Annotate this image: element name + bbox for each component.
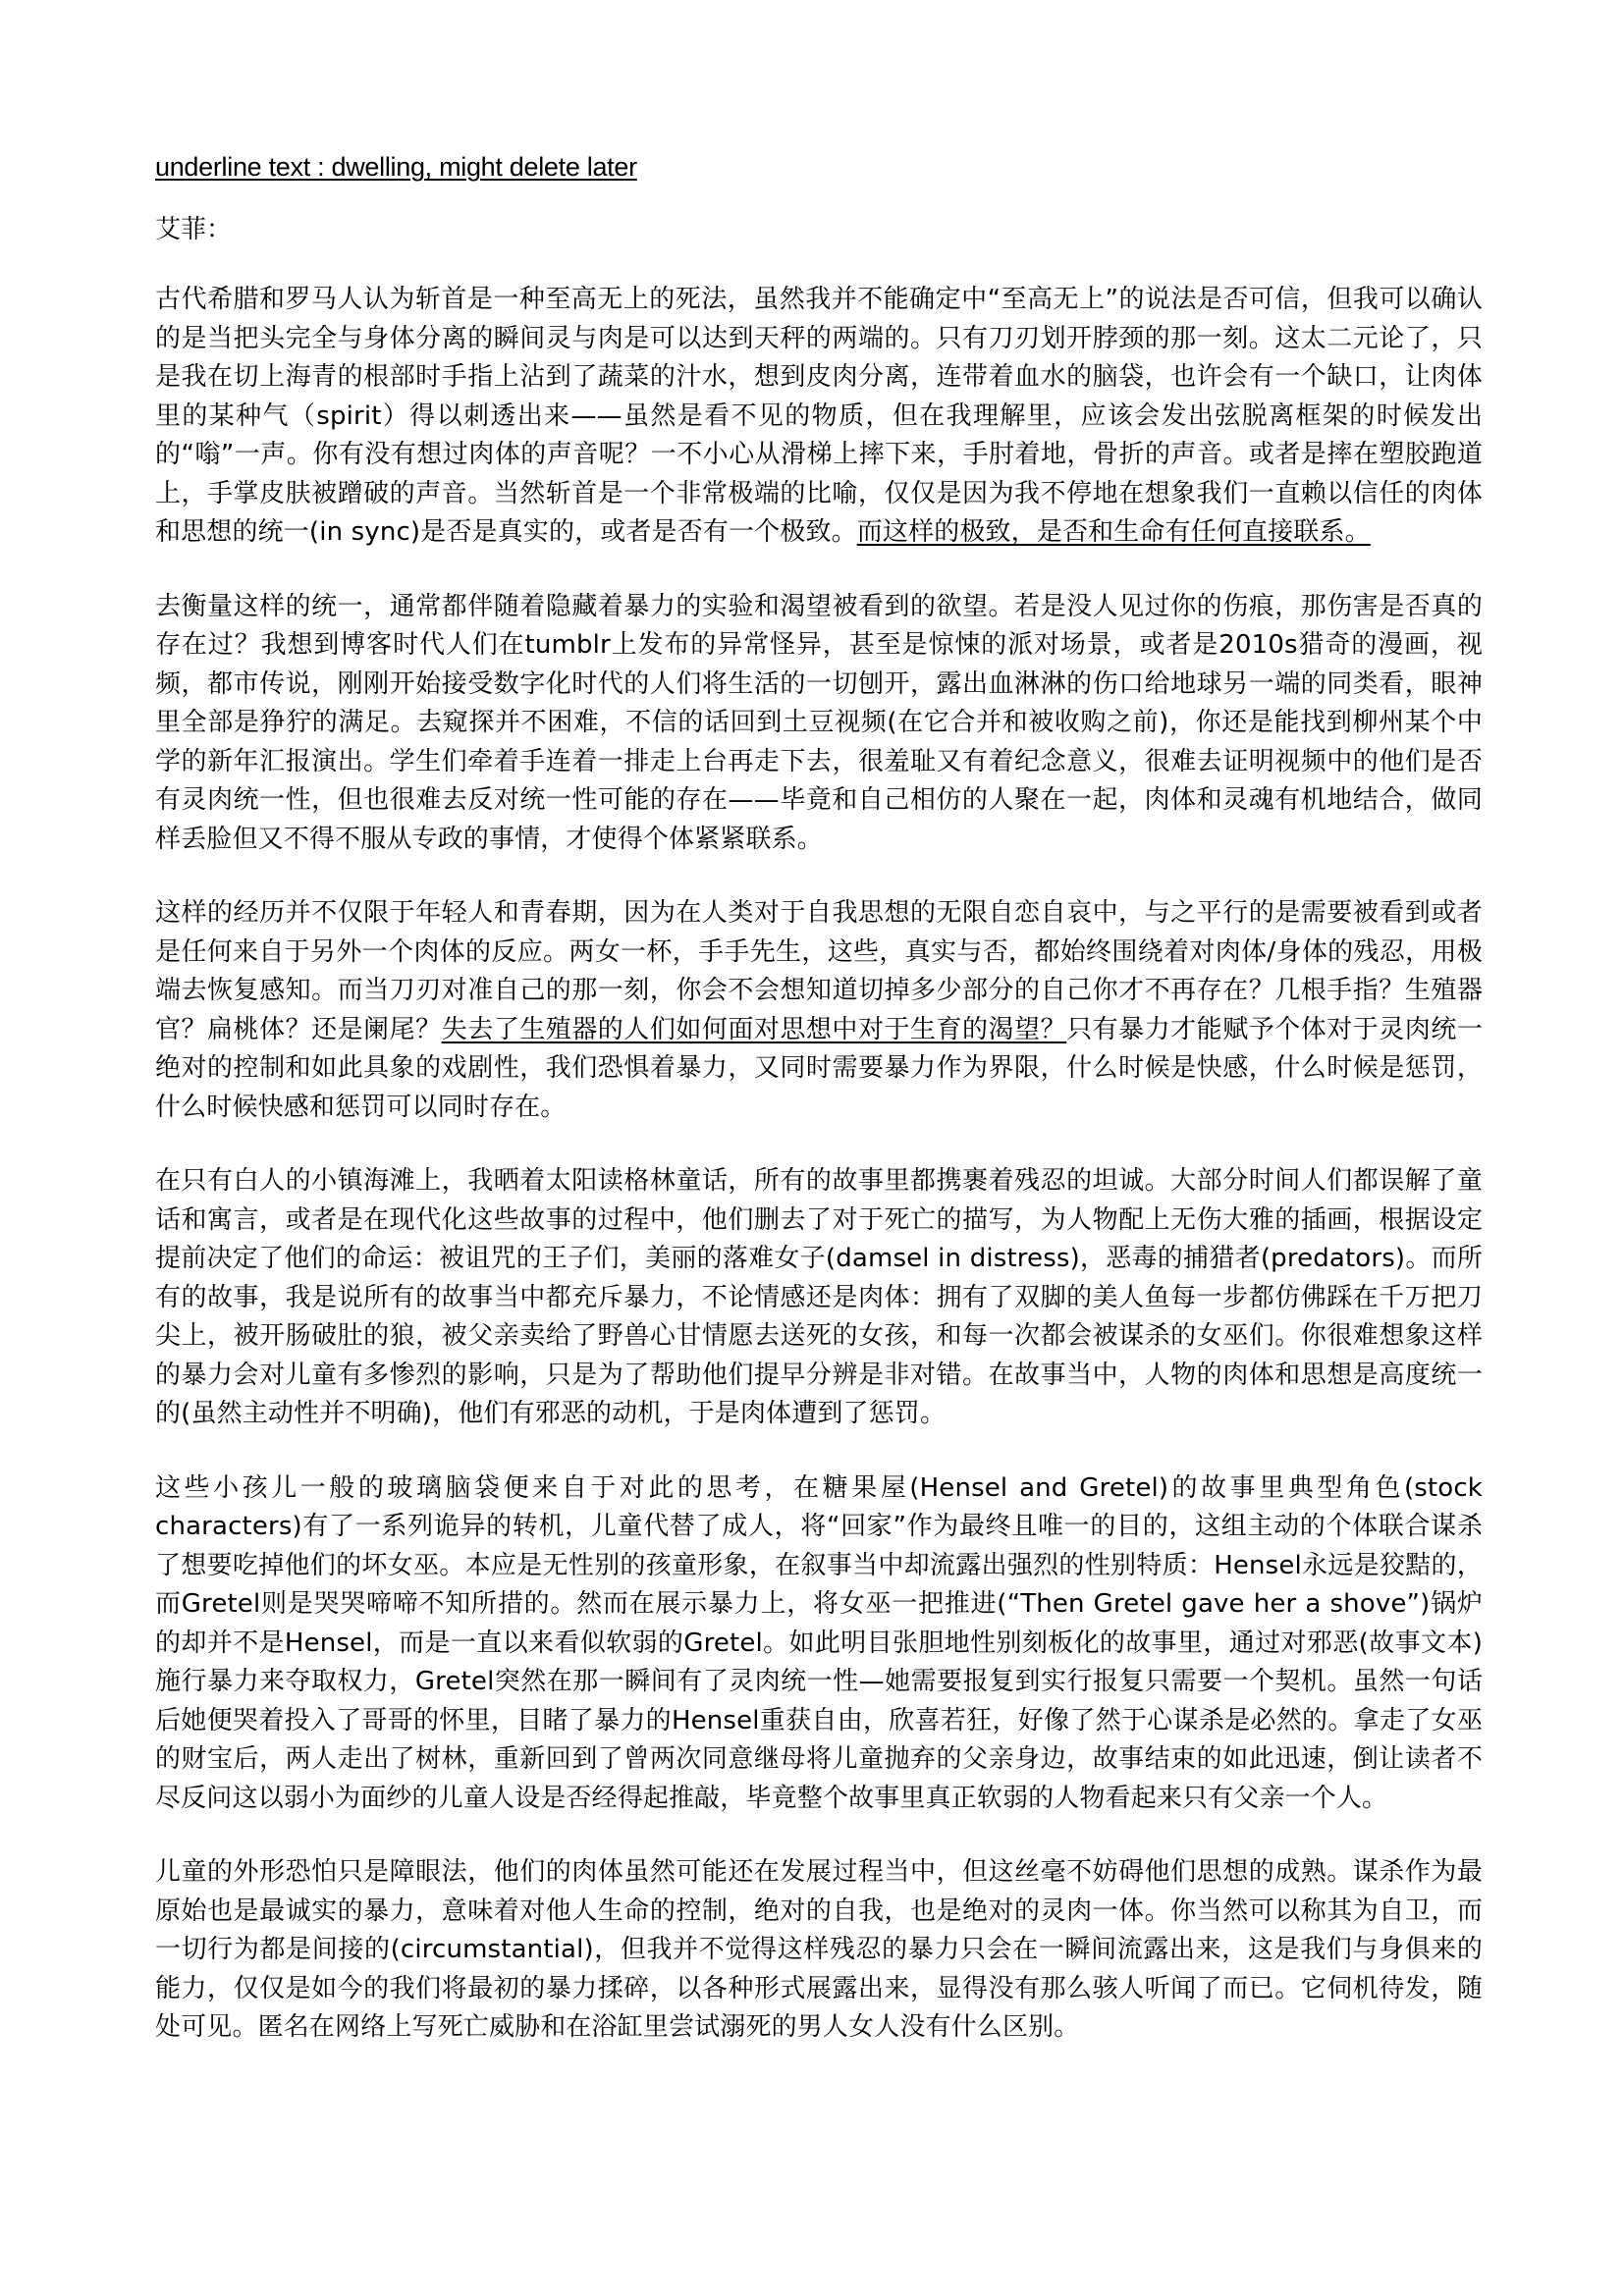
underlined-text: 失去了生殖器的人们如何面对思想中对于生育的渴望？: [442, 1015, 1066, 1044]
editor-note: underline text : dwelling, might delete …: [155, 149, 1483, 185]
paragraph-text: 这些小孩儿一般的玻璃脑袋便来自于对此的思考，在糖果屋(Hensel and Gr…: [155, 1473, 1483, 1813]
paragraph-2: 去衡量这样的统一，通常都伴随着隐藏着暴力的实验和渴望被看到的欲望。若是没人见过你…: [155, 588, 1483, 860]
underlined-text: 而这样的极致，是否和生命有任何直接联系。: [857, 517, 1371, 547]
paragraph-3: 这样的经历并不仅限于年轻人和青春期，因为在人类对于自我思想的无限自恋自哀中，与之…: [155, 894, 1483, 1127]
paragraph-text: 在只有白人的小镇海滩上，我晒着太阳读格林童话，所有的故事里都携裹着残忍的坦诚。大…: [155, 1166, 1483, 1428]
salutation: 艾菲：: [155, 212, 1483, 247]
paragraph-4: 在只有白人的小镇海滩上，我晒着太阳读格林童话，所有的故事里都携裹着残忍的坦诚。大…: [155, 1162, 1483, 1434]
paragraph-text: 儿童的外形恐怕只是障眼法，他们的肉体虽然可能还在发展过程当中，但这丝毫不妨碍他们…: [155, 1857, 1483, 2042]
paragraph-6: 儿童的外形恐怕只是障眼法，他们的肉体虽然可能还在发展过程当中，但这丝毫不妨碍他们…: [155, 1853, 1483, 2048]
paragraph-5: 这些小孩儿一般的玻璃脑袋便来自于对此的思考，在糖果屋(Hensel and Gr…: [155, 1469, 1483, 1819]
paragraph-1: 古代希腊和罗马人认为斩首是一种至高无上的死法，虽然我并不能确定中“至高无上”的说…: [155, 281, 1483, 553]
paragraph-text: 古代希腊和罗马人认为斩首是一种至高无上的死法，虽然我并不能确定中“至高无上”的说…: [155, 285, 1483, 547]
paragraph-text: 去衡量这样的统一，通常都伴随着隐藏着暴力的实验和渴望被看到的欲望。若是没人见过你…: [155, 592, 1483, 854]
document-page: underline text : dwelling, might delete …: [155, 149, 1483, 2083]
